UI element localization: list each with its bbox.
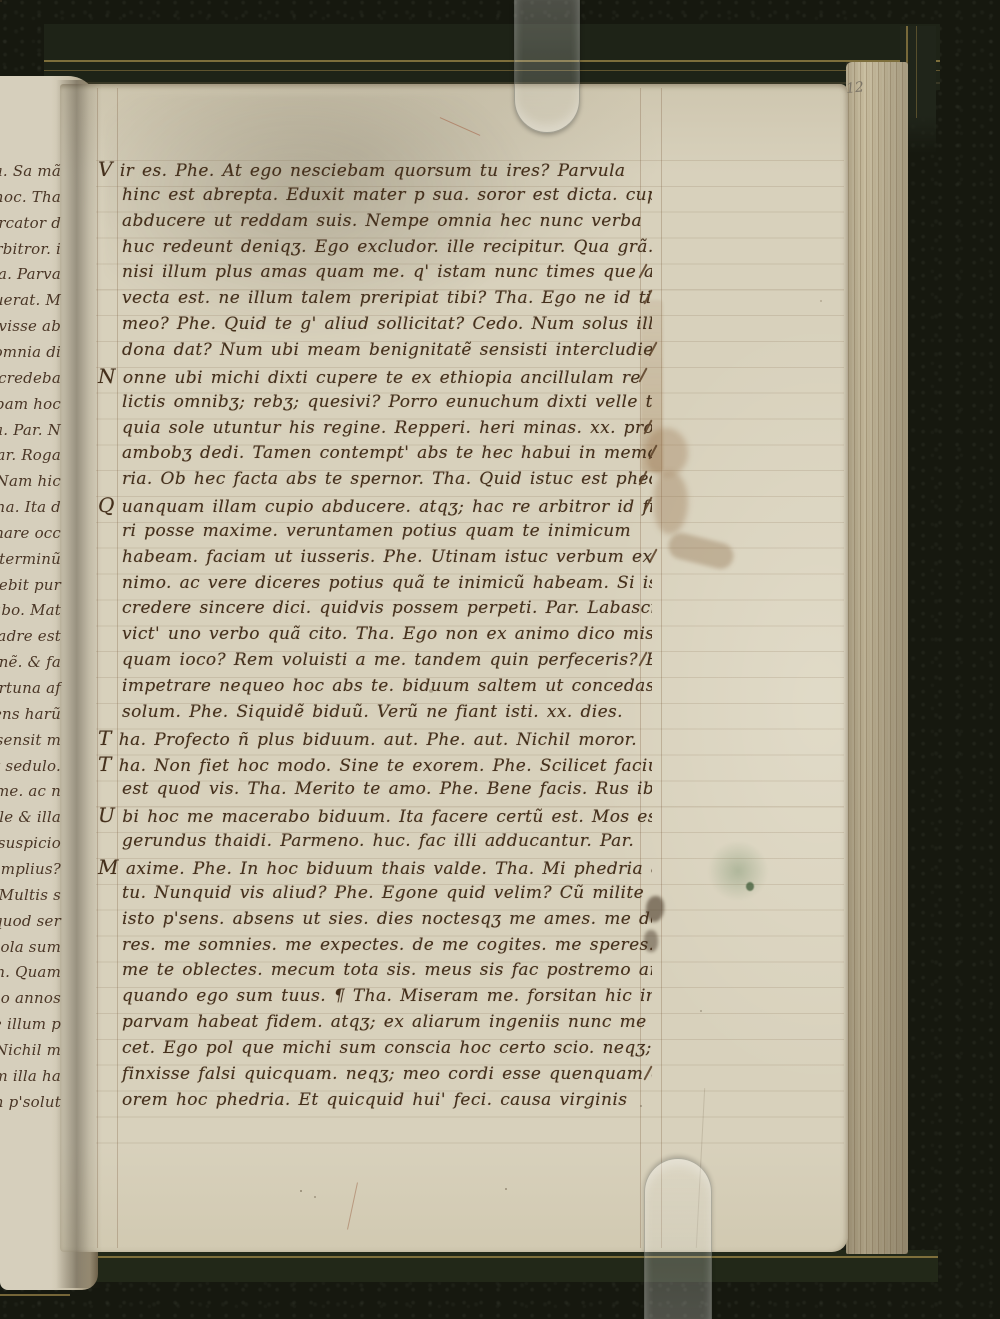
verso-line-fragment: ʒ esse credeba xyxy=(0,365,61,391)
manuscript-line: Nonne ubi michi dixti cupere te ex ethio… xyxy=(98,363,641,389)
verso-line-fragment: apud me. ac n xyxy=(0,778,61,804)
manuscript-line: vict' uno verbo quã cito. Tha. Ego non e… xyxy=(122,621,652,647)
verso-line-fragment: ria. Multis s xyxy=(0,882,61,908)
manuscript-line: parvam habeat fidem. atqʒ; ex aliarum in… xyxy=(122,1009,652,1035)
margin-slash-marks xyxy=(638,156,678,1136)
correction-slash-mark xyxy=(638,367,647,382)
manuscript-line: tu. Nunquid vis aliud? Phe. Egone quid v… xyxy=(122,880,644,906)
verso-line-fragment: gine amare occ xyxy=(0,520,61,546)
gold-fillet-line xyxy=(916,26,917,118)
verso-line-fragment: a ne amplius? xyxy=(0,856,61,882)
verso-line-fragment: sse omnia di xyxy=(0,339,61,365)
verso-line-fragment: . Arbitror. i xyxy=(0,236,61,262)
verso-line-fragment: dit. Nam hic xyxy=(0,468,61,494)
verso-line-fragment: antũ adre est xyxy=(0,623,61,649)
verso-line-fragment: p illa q' terminũ xyxy=(0,546,61,572)
manuscript-line: quam ioco? Rem voluisti a me. tandem qui… xyxy=(122,647,652,673)
verso-line-fragment: antum suspicio xyxy=(0,830,61,856)
manuscript-line: ambobʒ dedi. Tamen contempt' abs te hec … xyxy=(122,440,652,466)
gold-fillet-line xyxy=(76,1256,938,1258)
correction-slash-mark xyxy=(643,290,652,305)
verso-line-fragment: e amabo. Mat xyxy=(0,597,61,623)
fore-edge-shading xyxy=(846,62,908,1254)
verso-line-fragment: o. Tandem p'solut xyxy=(0,1089,61,1115)
correction-slash-mark xyxy=(643,1065,652,1080)
correction-slash-mark xyxy=(638,264,647,279)
verso-line-fragment: audivisse ab xyxy=(0,313,61,339)
verso-line-fragment: prudens harũ xyxy=(0,701,61,727)
manuscript-line: Quanquam illam cupio abducere. atqʒ; hac… xyxy=(98,492,652,518)
page-fore-edge-stack xyxy=(846,62,908,1254)
correction-slash-mark xyxy=(648,445,657,460)
correction-slash-mark xyxy=(643,419,652,434)
correction-slash-mark xyxy=(638,652,647,667)
verso-line-fragment: s. Sine illum p xyxy=(0,1011,61,1037)
manuscript-line: finxisse falsi quicquam. neqʒ; meo cordi… xyxy=(122,1061,652,1087)
manuscript-line: impetrare nequeo hoc abs te. biduum salt… xyxy=(122,673,652,699)
correction-slash-mark xyxy=(643,497,652,512)
verso-line-fragment: quã quod ser xyxy=(0,908,61,934)
manuscript-line: Tha. Non fiet hoc modo. Sine te exorem. … xyxy=(98,751,652,777)
book-cover-bottom-edge xyxy=(76,1250,938,1282)
manuscript-line: cet. Ego pol que michi sum conscia hoc c… xyxy=(122,1035,652,1061)
manuscript-line: Vir es. Phe. At ego nesciebam quorsum tu… xyxy=(98,156,625,182)
manuscript-line: lictis omnibʒ; rebʒ; quesivi? Porro eunu… xyxy=(122,389,652,415)
manuscript-line: quando ego sum tuus. ¶ Tha. Miseram me. … xyxy=(122,983,652,1009)
correction-slash-mark xyxy=(648,341,657,356)
verso-line-fragment: bere. Nichil m xyxy=(0,1037,61,1063)
folio-number: 12 xyxy=(845,74,887,100)
manuscript-line: Maxime. Phe. In hoc biduum thais valde. … xyxy=(98,854,652,880)
verso-line-fragment: ddam. Sola sum xyxy=(0,934,61,960)
manuscript-line: vecta est. ne illum talem preripiat tibi… xyxy=(122,285,652,311)
manuscript-line: solum. Phe. Siquidẽ biduũ. Verũ ne fiant… xyxy=(122,699,623,725)
manuscript-line: nisi illum plus amas quam me. q' istam n… xyxy=(122,259,652,285)
manuscript-line: credere sincere dici. quidvis possem per… xyxy=(122,595,652,621)
verso-line-fragment: gnatum. Quam xyxy=(0,959,61,985)
verso-line-fragment: neficio annos xyxy=(0,985,61,1011)
manuscript-line: res. me somnies. me expectes. de me cogi… xyxy=(122,932,652,958)
verso-line-fragment: habebam hoc xyxy=(0,391,61,417)
gold-fillet-line xyxy=(44,60,940,62)
manuscript-line: quia sole utuntur his regine. Repperi. h… xyxy=(122,415,652,441)
verso-line-fragment: eri hoc. Tha xyxy=(0,184,61,210)
verso-line-fragment: nedet sedulo. xyxy=(0,753,61,779)
book-snake-strip-bottom xyxy=(644,1158,712,1319)
verso-line-fragment: atquã sensit m xyxy=(0,727,61,753)
verso-line-fragment: am. velle & illa xyxy=(0,804,61,830)
verso-line-fragment: omnia. Par. N xyxy=(0,417,61,443)
verso-line-fragment: virginẽ. & fa xyxy=(0,649,61,675)
correction-slash-mark xyxy=(648,548,657,563)
text-block: Vir es. Phe. At ego nesciebam quorsum tu… xyxy=(96,156,652,1136)
verso-text-fragments: Tha. Sa mãeri hoc. Thamercator d. Arbitr… xyxy=(0,158,62,1138)
gold-fillet-line xyxy=(44,70,940,71)
manuscript-line: Tha. Profecto ñ plus biduum. aut. Phe. a… xyxy=(98,725,637,751)
gold-fillet-line xyxy=(0,1294,70,1296)
manuscript-line: meo? Phe. Quid te g' aliud sollicitat? C… xyxy=(122,311,652,337)
manuscript-line: isto p'sens. absens ut sies. dies noctes… xyxy=(122,906,652,932)
verso-line-fragment: iam cum illa ha xyxy=(0,1063,61,1089)
manuscript-line: habeam. faciam ut iusseris. Phe. Utinam … xyxy=(122,544,652,570)
manuscript-line: nimo. ac vere diceres potius quã te inim… xyxy=(122,570,652,596)
manuscript-line: huc redeunt deniqʒ. Ego excludor. ille r… xyxy=(122,234,652,260)
verso-line-fragment: mercator d xyxy=(0,210,61,236)
verso-line-fragment: potuerat. M xyxy=(0,287,61,313)
manuscript-photo: Tha. Sa mãeri hoc. Thamercator d. Arbitr… xyxy=(0,0,1000,1319)
manuscript-line: gerundus thaidi. Parmeno. huc. fac illi … xyxy=(122,828,634,854)
manuscript-line: Ubi hoc me macerabo biduum. Ita facere c… xyxy=(98,802,652,828)
book-cover-top-edge xyxy=(44,24,940,90)
verso-line-fragment: te fortuna af xyxy=(0,675,61,701)
verso-line-fragment: o. Tha. Ita d xyxy=(0,494,61,520)
verso-line-fragment: m tacebit pur xyxy=(0,572,61,598)
manuscript-line: dona dat? Num ubi meam benignitatẽ sensi… xyxy=(122,337,652,363)
verso-line-fragment: Tha. Sa mã xyxy=(0,158,61,184)
manuscript-line: me te oblectes. mecum tota sis. meus sis… xyxy=(122,957,652,983)
manuscript-line: hinc est abrepta. Eduxit mater p sua. so… xyxy=(122,182,652,208)
manuscript-line: abducere ut reddam suis. Nempe omnia hec… xyxy=(122,208,642,234)
manuscript-line: est quod vis. Tha. Merito te amo. Phe. B… xyxy=(122,776,652,802)
manuscript-line: ri posse maxime. veruntamen potius quam … xyxy=(122,518,631,544)
manuscript-line: orem hoc phedria. Et quicquid hui' feci.… xyxy=(122,1087,627,1113)
book-snake-strip-top xyxy=(514,0,580,133)
verso-line-fragment: e? Par. Roga xyxy=(0,442,61,468)
manuscript-line: ria. Ob hec facta abs te spernor. Tha. Q… xyxy=(122,466,652,492)
verso-line-fragment: ipsa. Parva xyxy=(0,261,61,287)
correction-slash-mark xyxy=(638,471,647,486)
